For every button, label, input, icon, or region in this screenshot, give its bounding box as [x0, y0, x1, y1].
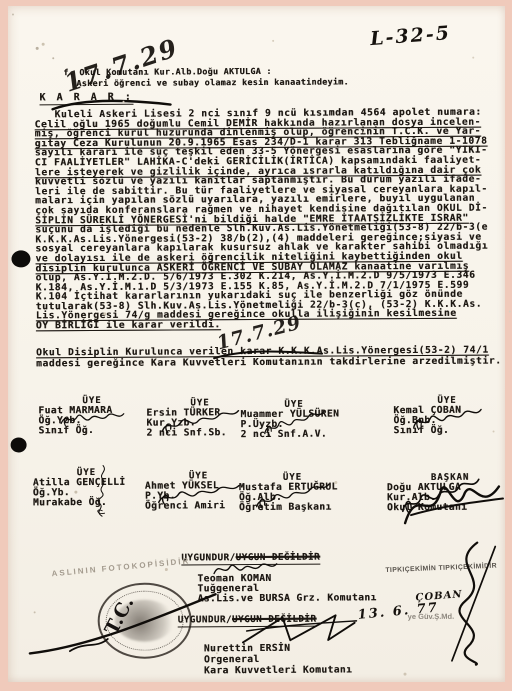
mid-scribble-flourish [208, 344, 328, 365]
scan-ink-blob-2 [11, 437, 27, 452]
board-member-block: ÜYE Mustafa ERTUĞRUL Öğ.Alb. Öğretim Baş… [239, 472, 379, 513]
right-tall-signature-scribble [437, 538, 504, 666]
approval-1-signatory: Teoman KOMAN Tuğgeneral As.Lis.ve BURSA … [197, 573, 376, 604]
scanned-military-document: L-32-5 f. Okul Komutanı Kur.Alb.Doğu AKT… [0, 0, 512, 691]
approval-1-duty: As.Lis.ve BURSA Grz. Komutanı [198, 593, 377, 604]
approval-2-duty: Kara Kuvvetleri Komutanı [204, 664, 352, 676]
top-scribble-flourish [46, 92, 176, 115]
approval-2-rank: Orgeneral [204, 653, 352, 665]
scan-ink-blob-1 [11, 250, 30, 267]
paper-sheet: L-32-5 f. Okul Komutanı Kur.Alb.Doğu AKT… [8, 6, 505, 682]
commander-signature-scribble [397, 476, 509, 531]
document-content: L-32-5 f. Okul Komutanı Kur.Alb.Doğu AKT… [6, 4, 507, 683]
approval-2-name: Nurettin ERSİN [204, 642, 352, 654]
approval-2-signatory: Nurettin ERSİN Orgeneral Kara Kuvvetleri… [204, 642, 352, 676]
paper-speckle-noise [12, 13, 14, 15]
signature-across-seal [25, 588, 221, 659]
